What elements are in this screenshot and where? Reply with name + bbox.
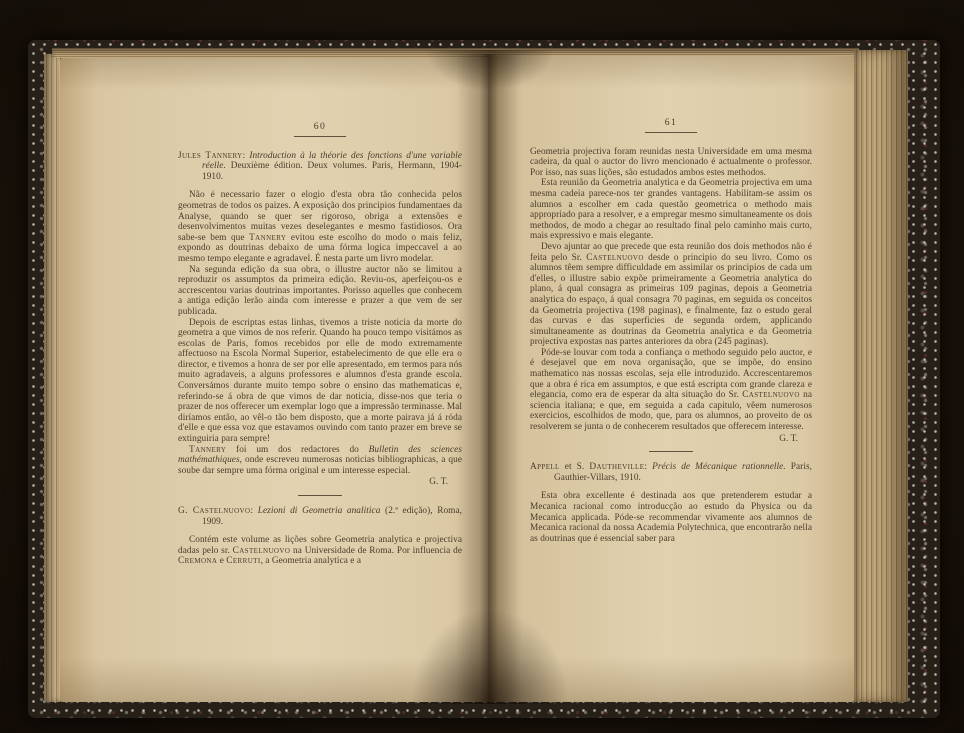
text-run: na Universidade de Roma. Por influencia … <box>290 546 462 556</box>
text-run: Geometria projectiva foram reunidas nest… <box>530 147 812 178</box>
left-page-text-column: 60 Jules Tannery: Introduction à la théo… <box>178 122 462 567</box>
page-number-rule-left <box>294 136 346 137</box>
entry-heading-appell: Appell et S. Dautheville: Précis de Méca… <box>530 462 812 483</box>
text-run: Tannery <box>189 445 226 455</box>
page-number-left: 60 <box>178 122 462 133</box>
text-run: desde o principio do seu livro. Como os … <box>530 253 812 348</box>
page-number-rule-right <box>645 132 697 133</box>
text-run: Depois de escriptas estas linhas, tivemo… <box>178 318 462 445</box>
photo-background: 60 Jules Tannery: Introduction à la théo… <box>0 0 964 733</box>
text-run: foi um dos redactores do <box>226 445 368 455</box>
entry-heading-tannery: Jules Tannery: Introduction à la théorie… <box>178 151 462 183</box>
paragraph: Esta reunião da Geometria analytica e da… <box>530 178 812 242</box>
paragraph: Póde-se louvar com toda a confiança o me… <box>530 348 812 433</box>
page-stack-edge-left <box>44 54 60 702</box>
text-run: Castelnuovo <box>742 390 800 400</box>
text-run: et S. <box>560 462 590 472</box>
paragraph: Tannery foi um dos redactores do Bulleti… <box>178 445 462 477</box>
paragraph: Na segunda edição da sua obra, o illustr… <box>178 265 462 318</box>
text-run: : <box>644 462 652 472</box>
text-run: Deuxième édition. Deux volumes. Paris, H… <box>202 161 462 182</box>
text-run: Castelnuovo <box>233 546 291 556</box>
text-run: Cerruti <box>226 556 260 566</box>
text-run: e <box>217 556 226 566</box>
paragraph: Contém este volume as lições sobre Geome… <box>178 535 462 567</box>
text-run: , a Geometria analytica e a <box>261 556 361 566</box>
right-page-text-column: 61 Geometria projectiva foram reunidas n… <box>530 118 812 544</box>
paragraph: Não é necessario fazer o elogio d'esta o… <box>178 190 462 264</box>
paragraph: Depois de escriptas estas linhas, tivemo… <box>178 318 462 445</box>
text-run: Lezioni di Geometria analitica <box>258 506 381 516</box>
text-run: Esta obra excellente é destinada aos que… <box>530 491 812 543</box>
paragraph: Geometria projectiva foram reunidas nest… <box>530 147 812 179</box>
entry-heading-castelnuovo: G. Castelnuovo: Lezioni di Geometria ana… <box>178 506 462 527</box>
text-run: Jules Tannery <box>178 151 243 161</box>
section-divider <box>298 495 342 496</box>
text-run: Na segunda edição da sua obra, o illustr… <box>178 265 462 317</box>
text-run: Dautheville <box>589 462 644 472</box>
page-number-right: 61 <box>530 118 812 129</box>
reviewer-initials: G. T. <box>530 434 812 445</box>
text-run: Tannery <box>249 233 286 243</box>
text-run: Cremona <box>178 556 217 566</box>
text-run: Précis de Mécanique rationnelle. <box>652 462 786 472</box>
text-run: G. Castelnuovo <box>178 506 250 516</box>
page-stack-fore-edge-right <box>854 50 908 702</box>
paragraph: Esta obra excellente é destinada aos que… <box>530 491 812 544</box>
text-run: Esta reunião da Geometria analytica e da… <box>530 178 812 241</box>
text-run: : <box>250 506 257 516</box>
section-divider <box>649 451 693 452</box>
text-run: Appell <box>530 462 560 472</box>
text-run: Castelnuovo <box>586 253 644 263</box>
paragraph: Devo ajuntar ao que precede que esta reu… <box>530 242 812 348</box>
reviewer-initials: G. T. <box>178 477 462 488</box>
